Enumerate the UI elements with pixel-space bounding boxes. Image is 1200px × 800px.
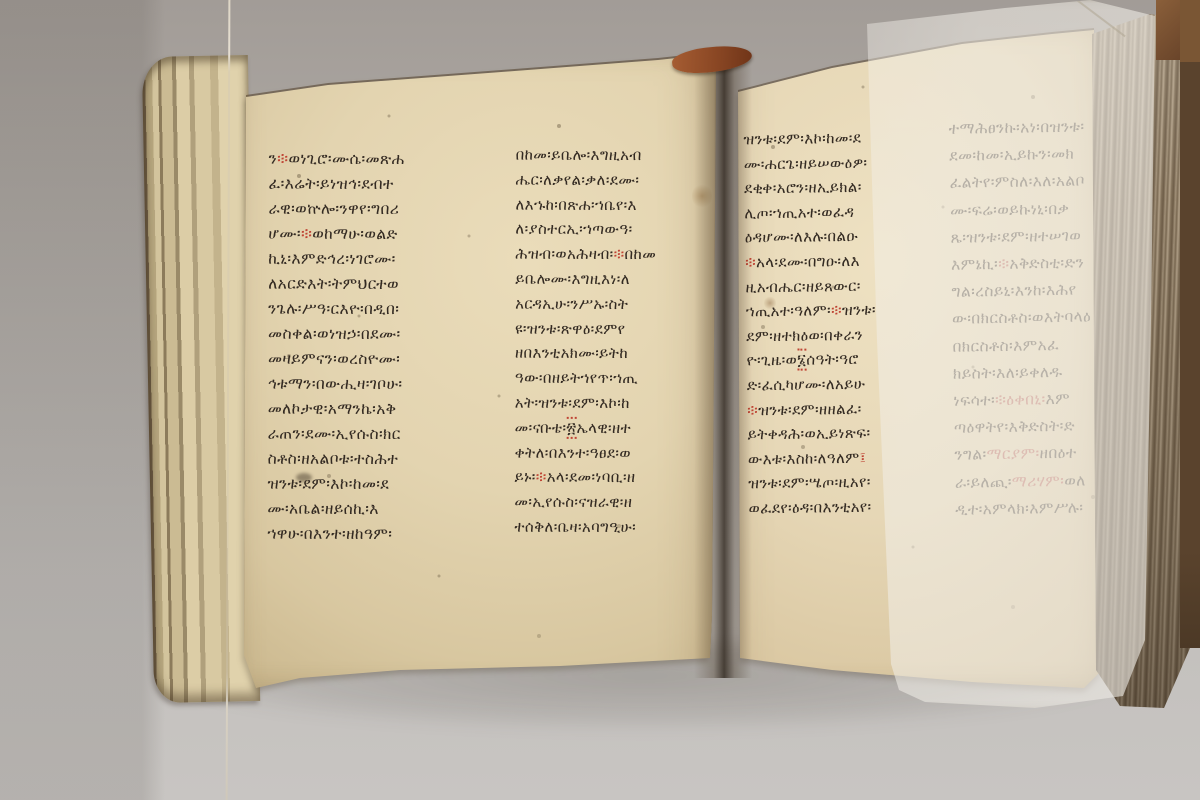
text-segment: ድ፡ፈሲካሆሙ፡ለአይሁ bbox=[747, 375, 866, 395]
text-segment: ኀጢአተ፡ዓለም፡ bbox=[746, 301, 831, 320]
numeral-text-segment: ፮ bbox=[797, 349, 806, 371]
text-segment: ዮ፡ጊዜ፡ወ bbox=[746, 351, 797, 370]
text-segment: ዚአብሔር፡ዘይጸውር፡ bbox=[745, 276, 860, 296]
text-segment: ሙ፡ሐርጌ፡ዘይሠውዕዎ፡ bbox=[744, 153, 868, 173]
text-segment: ዝንቱ፡ደም፡ሤጦ፡ዚአየ፡ bbox=[748, 473, 871, 493]
text-segment: ዝንቱ፡ደም፡ዘዘልፈ፡ bbox=[758, 399, 862, 418]
text-segment: ዕዳሆሙ፡ለእሉ፡በልዑ bbox=[745, 227, 858, 247]
rubric-text-segment: ፤ bbox=[859, 448, 866, 466]
text-segment: ዝንቱ፡ደም፡እኮ፡ከመ፡ደ bbox=[743, 129, 861, 149]
tissue-guard-overlay bbox=[855, 0, 1160, 715]
text-segment: ውእቱ፡እስከ፡ለዓለም bbox=[748, 449, 860, 469]
rubric-text-segment: ፨ bbox=[831, 301, 842, 319]
text-segment: ዝንቱ፡ bbox=[842, 301, 876, 319]
open-manuscript-book: ን፨ወነጊሮ፡ሙሴ፡መጽሐፈ፡እሬት፡ይነዝኅ፡ደብተራዊ፡ወኵሎ፡ንዋየ፡ግበ… bbox=[0, 0, 1200, 800]
text-segment: ደም፡ዘተክዕወ፡በቀራን bbox=[746, 326, 863, 346]
text-segment: ደቂቀ፡አሮን፡ዘኢይክል፡ bbox=[744, 178, 862, 198]
text-segment: ሰዓት፡ዓሮ bbox=[806, 350, 859, 369]
book-cover-edge bbox=[1180, 0, 1200, 648]
text-segment: ወፈደየ፡ዕዳ፡በእንቲአየ፡ bbox=[748, 498, 871, 518]
text-segment: ሊጦ፡ኀጢአተ፡ወፈዳ bbox=[744, 203, 854, 223]
parchment-specks bbox=[712, 26, 714, 28]
book-gutter-shadow bbox=[694, 50, 752, 678]
text-segment: ይትቀዳሕ፡ወኢይነጽፍ፡ bbox=[747, 424, 870, 444]
manuscript-photo-scene: ን፨ወነጊሮ፡ሙሴ፡መጽሐፈ፡እሬት፡ይነዝኅ፡ደብተራዊ፡ወኵሎ፡ንዋየ፡ግበ… bbox=[0, 0, 1200, 800]
text-segment: አላ፡ደሙ፡በግዑ፡ለእ bbox=[756, 252, 860, 271]
